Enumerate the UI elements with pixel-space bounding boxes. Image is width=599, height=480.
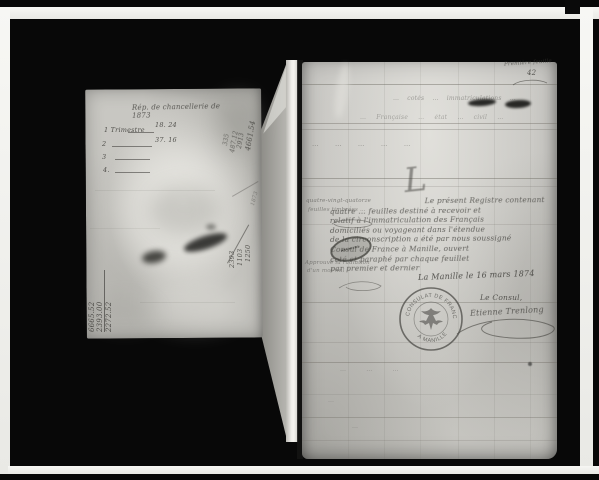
faint-mark: … [352, 423, 358, 430]
row-rule [115, 172, 150, 173]
ink-spot [206, 224, 216, 230]
archives-stamp-label: ARCHIVES [341, 245, 360, 253]
faint-mark: … … … [340, 366, 500, 373]
folio-number: 42 [527, 69, 536, 77]
ruled-line [302, 186, 557, 187]
row-rule [115, 159, 150, 160]
consulate-round-stamp: CONSULAT DE FRANCE A MANILLE [398, 286, 464, 352]
column-number: 1103 [236, 249, 244, 266]
folio-flourish [511, 77, 549, 87]
film-edge-right [580, 8, 593, 470]
faded-header-row: … Française … état … civil … [360, 114, 555, 121]
faint-mark: … [328, 397, 334, 404]
film-notch [565, 0, 580, 14]
imperial-eagle-icon [419, 308, 443, 330]
drop-initial: L [402, 159, 429, 201]
ruled-line [302, 362, 557, 363]
film-edge-top [0, 7, 599, 19]
chancellery-heading: Rép. de chancellerie de 1873 [132, 102, 232, 120]
ruled-line [302, 123, 557, 124]
approval-paraph [336, 278, 386, 294]
faded-entry-row: … … … … … [312, 140, 552, 148]
signature-flourish [452, 314, 562, 344]
row-rule [128, 132, 154, 133]
sum-total: 2272.52 [105, 248, 114, 332]
approval-note: Approuvé la radiation [305, 260, 390, 266]
ruled-line [302, 394, 557, 395]
film-edge-left [0, 7, 10, 474]
row-rule [112, 146, 152, 147]
approval-note: d'un mot nul [307, 268, 392, 274]
ruled-line [302, 417, 557, 418]
film-edge-bottom [8, 466, 599, 474]
ruled-line [302, 129, 557, 130]
ink-spot [528, 362, 532, 366]
quarter-row-label: 4. [103, 166, 110, 174]
quarter-row-value: 37. 16 [155, 136, 177, 144]
margin-paraph [328, 216, 376, 230]
ruled-line [302, 178, 557, 179]
ruled-line [302, 440, 557, 441]
margin-note: quatre-vingt-quatorze [306, 198, 401, 204]
faint-crease [95, 190, 215, 191]
quarter-row-label: 3 [102, 153, 106, 161]
quarter-row-value: 18. 24 [155, 121, 177, 129]
quarter-row-label: 2 [102, 140, 106, 148]
margin-note: feuilles timbrées … [308, 207, 403, 213]
faint-crease [90, 228, 160, 229]
column-number: 1250 [244, 245, 252, 262]
faint-crease [140, 302, 235, 303]
sum-block: 6665.52 2393.00 2272.52 [88, 248, 114, 332]
sum-line: 2393.00 [96, 270, 105, 332]
consul-label: Le Consul, [480, 293, 522, 302]
microfilm-frame: Rép. de chancellerie de 1873 1 Trimestre… [0, 0, 599, 480]
sum-line: 6665.52 [88, 248, 96, 332]
